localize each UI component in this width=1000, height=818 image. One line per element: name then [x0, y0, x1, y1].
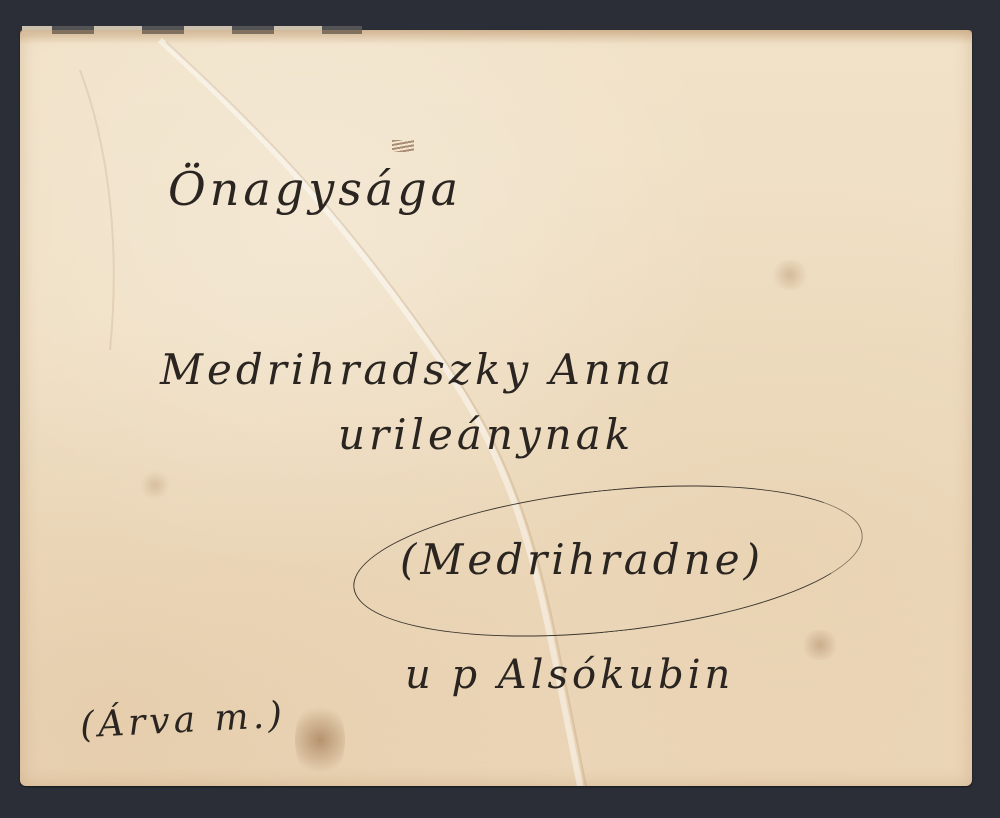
address-recipient-title: urileánynak: [338, 410, 634, 459]
ink-stain: [295, 700, 345, 780]
address-recipient-name: Medrihradszky Anna: [160, 345, 675, 394]
foxing-spot: [770, 260, 810, 290]
pen-scratch-mark: [392, 140, 414, 152]
foxing-spot: [800, 630, 840, 660]
address-salutation: Önagysága: [168, 162, 462, 216]
foxing-spot: [140, 470, 170, 500]
address-village: (Medrihradne): [400, 535, 764, 584]
address-post-office: u p Alsókubin: [405, 652, 734, 698]
top-edge-stain: [20, 30, 972, 44]
